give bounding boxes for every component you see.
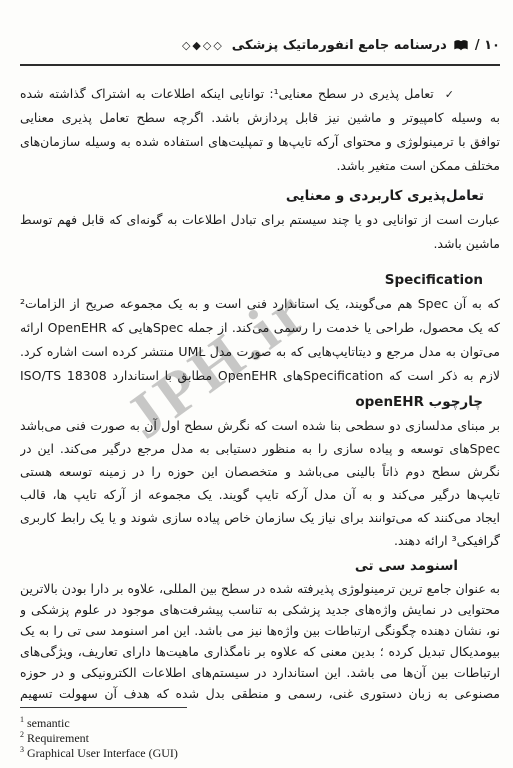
text-line: ایجاد می‌کنند که می‌توانند برای نیاز یک … (20, 506, 500, 529)
footnote-number: 3 (20, 745, 24, 754)
text-line: ✓تعامل پذیری در سطح معنایی¹: توانایی این… (20, 82, 500, 106)
footnote-number: 1 (20, 715, 24, 724)
text-line: لازم به ذکر است که Specification‌های Ope… (20, 364, 500, 388)
footnote-item: 3Graphical User Interface (GUI) (20, 742, 500, 757)
checkmark-icon: ✓ (445, 83, 454, 106)
text-line: ارتباطات بین آن‌ها می باشد. این استاندار… (20, 662, 500, 683)
text-line: مصنوعی به زبان دستوری غنی، رسمی و منطقی … (20, 683, 500, 704)
header-rule (20, 64, 500, 66)
footnote-rule (20, 707, 187, 708)
footnote-item: 2Requirement (20, 727, 500, 742)
footnote-item: 1semantic (20, 712, 500, 727)
section-heading-interoperability: تعامل‌پذیری کاربردی و معنایی (20, 184, 500, 208)
footnotes: 1semantic 2Requirement 3Graphical User I… (20, 712, 500, 757)
book-logo-icon (453, 39, 469, 53)
text-line: که به آن Spec هم می‌گویند، یک استاندارد … (20, 292, 500, 316)
section-heading-openehr: چارچوب openEHR (20, 390, 500, 414)
text-line: نو، نشان دهنده چگونگی ارتباطات بین واژه‌… (20, 620, 500, 641)
text-line: مختلف ممکن است متغیر باشد. (20, 154, 500, 178)
text-line: تایپ‌ها درگیر می‌کند و به آن مدل آرکه تا… (20, 483, 500, 506)
text-line-start: تعامل پذیری در سطح معنایی¹: توانایی اینک… (20, 86, 454, 106)
paragraph-snomed-ct: به عنوان جامع ترین ترمینولوژی پذیرفته شد… (20, 578, 500, 704)
bullet-paragraph: ✓تعامل پذیری در سطح معنایی¹: توانایی این… (20, 82, 500, 178)
page-number: ۱۰ / (475, 38, 500, 53)
page-content: ۱۰ / درسنامه جامع انفورماتیک پزشکی ◇◆◇◇ … (0, 35, 513, 757)
text-line: ماشین باشد. (20, 232, 500, 256)
text-line: گرافیکی³ ارائه دهند. (20, 529, 500, 552)
book-title: درسنامه جامع انفورماتیک پزشکی (232, 38, 447, 53)
text-line: محتوایی در نمایش واژه‌های جدید پزشکی به … (20, 599, 500, 620)
scanned-book-page: JPH.ir ۱۰ / درسنامه جامع انفورماتیک پزشک… (0, 0, 513, 768)
paragraph-openehr: بر مبنای مدلسازی دو سطحی بنا شده است که … (20, 414, 500, 552)
paragraph-specification: که به آن Spec هم می‌گویند، یک استاندارد … (20, 292, 500, 388)
text-line: می‌توان به مدل مرجع و دیتاتایپ‌هایی که ب… (20, 340, 500, 364)
section-heading-snomed-ct: اسنومد سی تی (20, 554, 500, 578)
text-line: نگرش سطح دوم ذاتاً بالینی می‌باشد و متخص… (20, 460, 500, 483)
page-header: ۱۰ / درسنامه جامع انفورماتیک پزشکی ◇◆◇◇ (20, 35, 500, 56)
text-line: بیومدیکال تبدیل کرده ؛ بدین معنی که علاو… (20, 641, 500, 662)
text-line: توافق با ترمینولوژی و محتوای آرکه تایپ‌ه… (20, 130, 500, 154)
footnote-number: 2 (20, 730, 24, 739)
section-heading-specification: Specification (20, 268, 500, 292)
footnote-text: Graphical User Interface (GUI) (27, 746, 178, 760)
text-line: بر مبنای مدلسازی دو سطحی بنا شده است که … (20, 414, 500, 437)
text-line: که یک محصول، طراحی یا خدمت را رسمی می‌کن… (20, 316, 500, 340)
text-line: عبارت است از توانایی دو یا چند سیستم برا… (20, 208, 500, 232)
paragraph-interoperability: عبارت است از توانایی دو یا چند سیستم برا… (20, 208, 500, 256)
ornament-diamonds: ◇◆◇◇ (182, 39, 224, 52)
text-line: به عنوان جامع ترین ترمینولوژی پذیرفته شد… (20, 578, 500, 599)
text-line: به وسیله کامپیوتر و ماشین نیز قابل پرداز… (20, 106, 500, 130)
text-line: Spec‌های توسعه و پیاده سازی را به منظور … (20, 437, 500, 460)
